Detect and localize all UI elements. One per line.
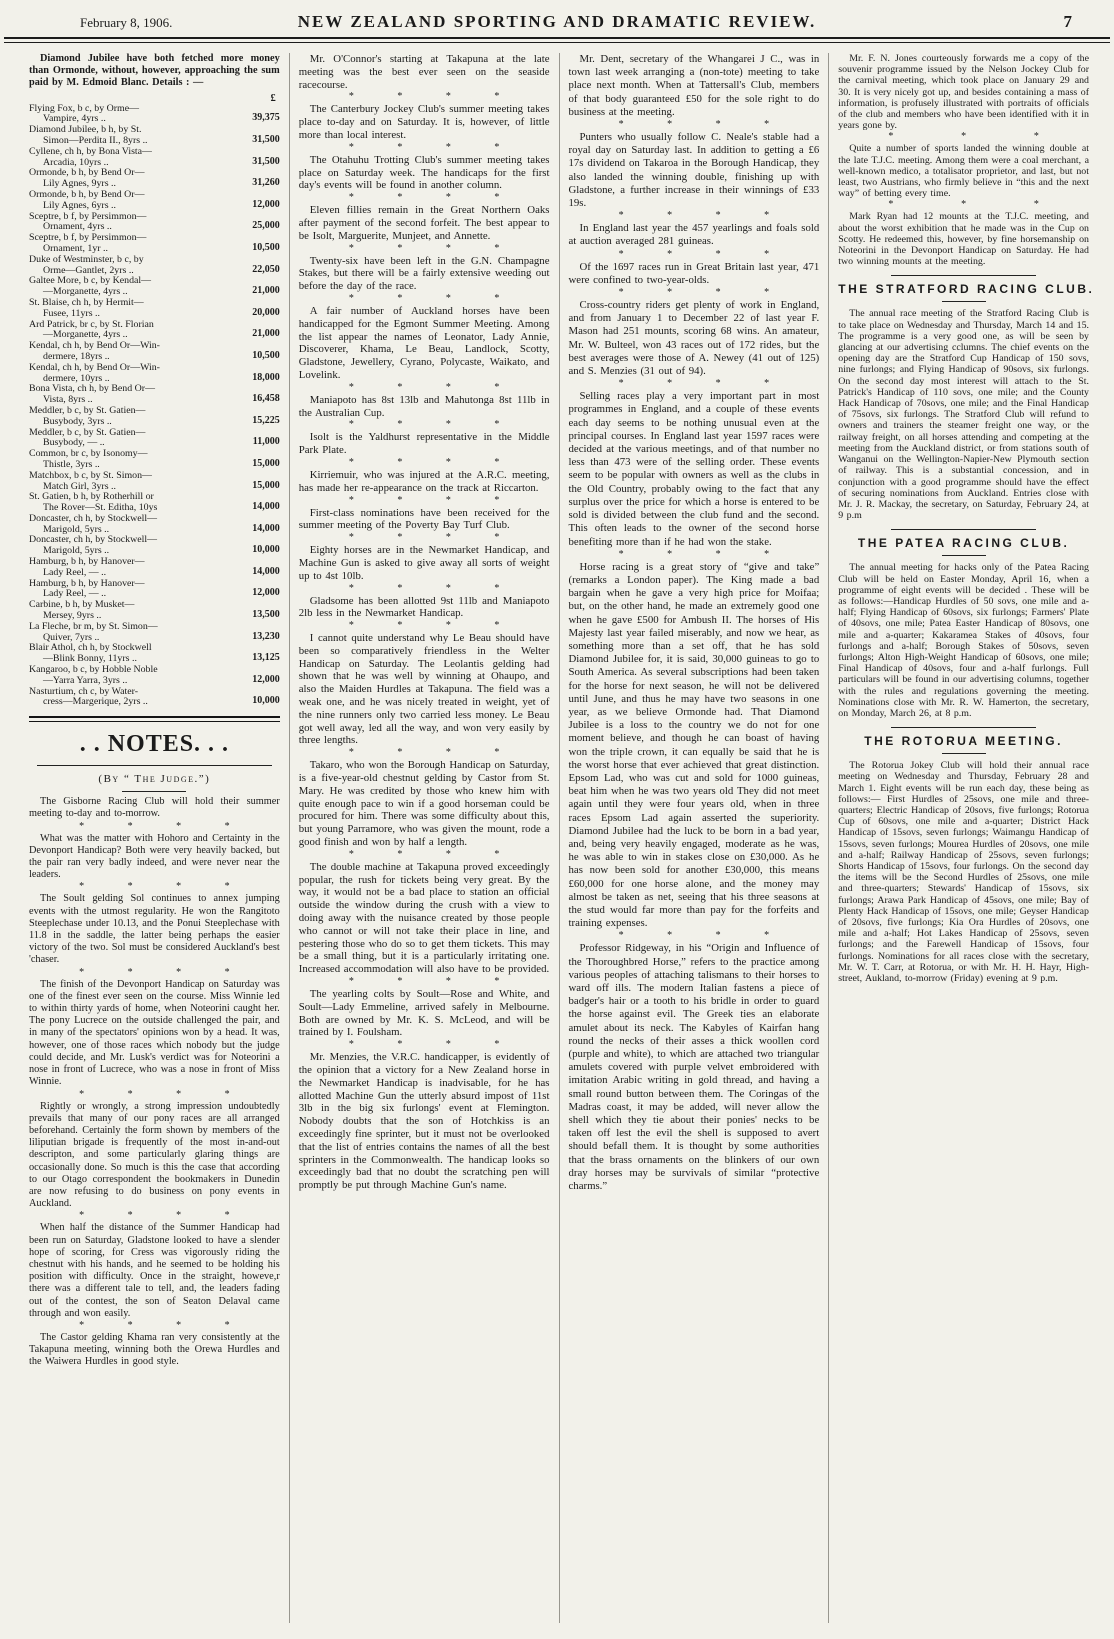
price-value: 16,458	[236, 394, 280, 406]
section-stratford-racing-club: THE STRATFORD RACING CLUB. The annual ra…	[838, 275, 1089, 521]
table-row: Doncaster, ch h, by Stockwell— Marigold,…	[29, 514, 280, 536]
horse-name: Kendal, ch h, by Bend Or—Win- dermere, 1…	[29, 363, 236, 385]
star-glyph: *	[494, 383, 499, 393]
star-glyph: *	[349, 1040, 354, 1050]
paragraph-block: Cross-country riders get plenty of work …	[569, 299, 820, 389]
horse-name: Nasturtium, ch c, by Water- cress—Marger…	[29, 687, 236, 709]
horse-name: Cyllene, ch h, by Bona Vista— Arcadia, 1…	[29, 147, 236, 169]
star-glyph: *	[494, 584, 499, 594]
star-divider: * * * *	[619, 211, 769, 221]
masthead: February 8, 1906. NEW ZEALAND SPORTING A…	[0, 0, 1114, 34]
notes-paragraph: The Gisborne Racing Club will hold their…	[29, 796, 280, 820]
star-glyph: *	[494, 621, 499, 631]
star-divider: * * * *	[349, 496, 499, 506]
news-paragraph: Mr. Dent, secretary of the Whangarei J C…	[569, 53, 820, 119]
table-row: Duke of Westminster, b c, by Orme—Gantle…	[29, 255, 280, 277]
news-paragraph: Mark Ryan had 12 mounts at the T.J.C. me…	[838, 211, 1089, 267]
star-glyph: *	[397, 143, 402, 153]
horse-name: Sceptre, b f, by Persimmon— Ornament, 4y…	[29, 212, 236, 234]
star-glyph: *	[716, 550, 721, 560]
paragraph-block: Mark Ryan had 12 mounts at the T.J.C. me…	[838, 211, 1089, 267]
star-glyph: *	[619, 550, 624, 560]
price-row-list: Flying Fox, b c, by Orme— Vampire, 4yrs …	[29, 104, 280, 709]
horse-name: Ard Patrick, br c, by St. Florian —Morga…	[29, 320, 236, 342]
star-divider: * * * *	[619, 550, 769, 560]
star-divider: * * * *	[619, 931, 769, 941]
news-paragraph: Eighty horses are in the Newmarket Handi…	[299, 544, 550, 582]
star-divider: * * * *	[619, 288, 769, 298]
star-glyph: *	[397, 193, 402, 203]
paragraph-block: Quite a number of sports landed the winn…	[838, 143, 1089, 210]
news-paragraph: Mr. Menzies, the V.R.C. handicapper, is …	[299, 1051, 550, 1192]
star-glyph: *	[397, 496, 402, 506]
star-glyph: *	[619, 288, 624, 298]
price-value: 25,000	[236, 221, 280, 233]
star-divider: * * * *	[349, 92, 499, 102]
star-glyph: *	[79, 882, 84, 892]
section-top-rule	[891, 529, 1036, 530]
star-glyph: *	[397, 1040, 402, 1050]
star-glyph: *	[494, 420, 499, 430]
star-glyph: *	[494, 1040, 499, 1050]
table-row: St. Gatien, b h, by Rotherhill or The Ro…	[29, 492, 280, 514]
paragraph-block: Maniapoto has 8st 13lb and Mahutonga 8st…	[299, 394, 550, 431]
news-paragraph: Quite a number of sports landed the winn…	[838, 143, 1089, 199]
notes-paragraph: When half the distance of the Summer Han…	[29, 1222, 280, 1320]
table-row: Blair Athol, ch h, by Stockwell —Blink B…	[29, 643, 280, 665]
table-row: Flying Fox, b c, by Orme— Vampire, 4yrs …	[29, 104, 280, 126]
table-row: Sceptre, b f, by Persimmon— Ornament, 1y…	[29, 233, 280, 255]
star-glyph: *	[128, 1090, 133, 1100]
paragraph-block: The Soult gelding Sol continues to annex…	[29, 893, 280, 977]
newspaper-page: February 8, 1906. NEW ZEALAND SPORTING A…	[0, 0, 1114, 1639]
star-divider: * * * *	[349, 1040, 499, 1050]
star-glyph: *	[446, 143, 451, 153]
price-value: 15,000	[236, 459, 280, 471]
paragraph-block: Eighty horses are in the Newmarket Handi…	[299, 544, 550, 593]
news-paragraph: First-class nominations have been receiv…	[299, 507, 550, 533]
star-glyph: *	[1034, 132, 1039, 142]
horse-name: Hamburg, b h, by Hanover— Lady Reel, — .…	[29, 579, 236, 601]
currency-header: £	[29, 93, 280, 104]
paragraph-block: Selling races play a very important part…	[569, 390, 820, 559]
paragraph-block: Mr. F. N. Jones courteously forwards me …	[838, 53, 1089, 142]
horse-name: Meddler, b c, by St. Gatien— Busybody, 3…	[29, 406, 236, 428]
table-row: Ard Patrick, br c, by St. Florian —Morga…	[29, 320, 280, 342]
section-body: The Rotorua Jokey Club will hold their a…	[838, 760, 1089, 984]
horse-name: Ormonde, b h, by Bend Or— Lily Agnes, 6y…	[29, 190, 236, 212]
column-1: Diamond Jubilee have both fetched more m…	[20, 51, 289, 1623]
star-glyph: *	[349, 420, 354, 430]
news-paragraph: The yearling colts by Soult—Rose and Whi…	[299, 988, 550, 1039]
star-divider: * * * *	[619, 379, 769, 389]
table-row: Kendal, ch h, by Bend Or—Win- dermere, 1…	[29, 363, 280, 385]
paragraph-block: In England last year the 457 yearlings a…	[569, 222, 820, 259]
star-glyph: *	[349, 533, 354, 543]
page-number: 7	[856, 12, 1086, 32]
star-glyph: *	[397, 977, 402, 987]
price-value: 12,000	[236, 675, 280, 687]
star-glyph: *	[667, 931, 672, 941]
star-divider: * * * *	[349, 420, 499, 430]
paragraph-block: The finish of the Devonport Handicap on …	[29, 979, 280, 1100]
table-row: Galtee More, b c, by Kendal— —Morganette…	[29, 276, 280, 298]
star-glyph: *	[225, 1211, 230, 1221]
horse-name: Meddler, b c, by St. Gatien— Busybody, —…	[29, 428, 236, 450]
star-glyph: *	[397, 420, 402, 430]
star-glyph: *	[79, 1321, 84, 1331]
section-dash-rule	[942, 555, 986, 556]
star-glyph: *	[764, 550, 769, 560]
section-rotorua-meeting: THE ROTORUA MEETING. The Rotorua Jokey C…	[838, 727, 1089, 984]
star-glyph: *	[764, 211, 769, 221]
star-glyph: *	[888, 200, 893, 210]
star-glyph: *	[494, 143, 499, 153]
star-glyph: *	[225, 1321, 230, 1331]
paragraph-block: The yearling colts by Soult—Rose and Whi…	[299, 988, 550, 1050]
star-glyph: *	[349, 92, 354, 102]
star-glyph: *	[716, 288, 721, 298]
star-glyph: *	[494, 496, 499, 506]
price-value: 14,000	[236, 502, 280, 514]
star-glyph: *	[349, 748, 354, 758]
column-4-paragraph-list: Mr. F. N. Jones courteously forwards me …	[838, 53, 1089, 267]
news-paragraph: Isolt is the Yaldhurst representative in…	[299, 431, 550, 457]
news-paragraph: Maniapoto has 8st 13lb and Mahutonga 8st…	[299, 394, 550, 420]
star-glyph: *	[128, 822, 133, 832]
price-value: 14,000	[236, 567, 280, 579]
news-paragraph: Professor Ridgeway, in his “Origin and I…	[569, 942, 820, 1193]
price-value: 12,000	[236, 588, 280, 600]
price-value: 13,125	[236, 653, 280, 665]
horse-name: Duke of Westminster, b c, by Orme—Gantle…	[29, 255, 236, 277]
table-row: Meddler, b c, by St. Gatien— Busybody, —…	[29, 428, 280, 450]
star-divider: * * * *	[349, 748, 499, 758]
star-glyph: *	[176, 822, 181, 832]
column-3-paragraph-list: Mr. Dent, secretary of the Whangarei J C…	[569, 53, 820, 1193]
price-value: 13,500	[236, 610, 280, 622]
star-glyph: *	[349, 383, 354, 393]
news-paragraph: Selling races play a very important part…	[569, 390, 820, 548]
horse-name: Carbine, b h, by Musket— Mersey, 9yrs ..	[29, 600, 236, 622]
star-glyph: *	[716, 931, 721, 941]
star-divider: * * *	[888, 200, 1038, 210]
star-glyph: *	[446, 244, 451, 254]
star-glyph: *	[446, 383, 451, 393]
notes-paragraph: The Soult gelding Sol continues to annex…	[29, 893, 280, 966]
star-glyph: *	[619, 931, 624, 941]
paragraph-block: What was the matter with Hohoro and Cert…	[29, 833, 280, 893]
star-divider: * * * *	[79, 1211, 229, 1221]
paragraph-block: Mr. Dent, secretary of the Whangarei J C…	[569, 53, 820, 130]
paragraph-block: I cannot quite understand why Le Beau sh…	[299, 632, 550, 758]
price-value: 11,000	[236, 437, 280, 449]
news-paragraph: Horse racing is a great story of “give a…	[569, 561, 820, 931]
table-row: Hamburg, b h, by Hanover— Lady Reel, — .…	[29, 579, 280, 601]
star-glyph: *	[494, 977, 499, 987]
paragraph-block: Mr. Menzies, the V.R.C. handicapper, is …	[299, 1051, 550, 1192]
star-glyph: *	[764, 379, 769, 389]
news-paragraph: In England last year the 457 yearlings a…	[569, 222, 820, 248]
star-divider: * * * *	[349, 244, 499, 254]
price-value: 31,500	[236, 135, 280, 147]
star-glyph: *	[79, 1211, 84, 1221]
paragraph-block: Horse racing is a great story of “give a…	[569, 561, 820, 942]
star-glyph: *	[225, 968, 230, 978]
price-value: 13,230	[236, 632, 280, 644]
star-glyph: *	[619, 211, 624, 221]
horse-name: Matchbox, b c, by St. Simon— Match Girl,…	[29, 471, 236, 493]
paragraph-block: First-class nominations have been receiv…	[299, 507, 550, 544]
star-glyph: *	[128, 882, 133, 892]
star-divider: * * * *	[349, 294, 499, 304]
section-top-rule	[891, 727, 1036, 728]
star-glyph: *	[446, 748, 451, 758]
star-glyph: *	[349, 244, 354, 254]
star-glyph: *	[349, 621, 354, 631]
notes-paragraph: Rightly or wrongly, a strong impression …	[29, 1101, 280, 1211]
star-glyph: *	[397, 244, 402, 254]
star-glyph: *	[446, 92, 451, 102]
table-row: Sceptre, b f, by Persimmon— Ornament, 4y…	[29, 212, 280, 234]
star-glyph: *	[494, 244, 499, 254]
star-glyph: *	[446, 193, 451, 203]
star-glyph: *	[349, 143, 354, 153]
star-glyph: *	[764, 288, 769, 298]
price-value: 31,500	[236, 157, 280, 169]
star-divider: * * * *	[349, 193, 499, 203]
star-glyph: *	[128, 1211, 133, 1221]
star-glyph: *	[1034, 200, 1039, 210]
table-row: La Fleche, br m, by St. Simon— Quiver, 7…	[29, 622, 280, 644]
section-top-rule	[891, 275, 1036, 276]
star-glyph: *	[619, 250, 624, 260]
news-paragraph: Of the 1697 races run in Great Britain l…	[569, 261, 820, 287]
price-value: 18,000	[236, 373, 280, 385]
star-glyph: *	[176, 1321, 181, 1331]
star-divider: * * * *	[349, 458, 499, 468]
news-paragraph: The Otahuhu Trotting Club's summer meeti…	[299, 154, 550, 192]
star-glyph: *	[764, 250, 769, 260]
price-value: 21,000	[236, 329, 280, 341]
star-glyph: *	[176, 968, 181, 978]
star-glyph: *	[397, 294, 402, 304]
star-glyph: *	[667, 120, 672, 130]
table-row: Hamburg, b h, by Hanover— Lady Reel, — .…	[29, 557, 280, 579]
star-glyph: *	[79, 1090, 84, 1100]
star-divider: * * * *	[349, 383, 499, 393]
star-glyph: *	[667, 211, 672, 221]
horse-name: Common, br c, by Isonomy— Thistle, 3yrs …	[29, 449, 236, 471]
star-divider: * * * *	[79, 822, 229, 832]
star-glyph: *	[619, 120, 624, 130]
star-glyph: *	[764, 931, 769, 941]
price-value: 12,000	[236, 200, 280, 212]
intro-paragraph: Diamond Jubilee have both fetched more m…	[29, 53, 280, 90]
table-row: Diamond Jubilee, b h, by St. Simon—Perdi…	[29, 125, 280, 147]
star-glyph: *	[716, 211, 721, 221]
star-glyph: *	[446, 496, 451, 506]
section-body: The annual race meeting of the Stratford…	[838, 308, 1089, 521]
star-glyph: *	[446, 533, 451, 543]
star-glyph: *	[446, 458, 451, 468]
horse-name: Doncaster, ch h, by Stockwell— Marigold,…	[29, 535, 236, 557]
star-glyph: *	[446, 850, 451, 860]
star-glyph: *	[446, 420, 451, 430]
paragraph-block: Eleven fillies remain in the Great North…	[299, 204, 550, 253]
star-glyph: *	[176, 882, 181, 892]
issue-date: February 8, 1906.	[28, 15, 258, 31]
paragraph-block: The double machine at Takapuna proved ex…	[299, 861, 550, 987]
price-value: 10,000	[236, 545, 280, 557]
horse-name: Kendal, ch h, by Bend Or—Win- dermere, 1…	[29, 341, 236, 363]
table-row: Bona Vista, ch h, by Bend Or— Vista, 8yr…	[29, 384, 280, 406]
table-row: Cyllene, ch h, by Bona Vista— Arcadia, 1…	[29, 147, 280, 169]
news-paragraph: The Canterbury Jockey Club's summer meet…	[299, 103, 550, 141]
star-divider: * * * *	[619, 250, 769, 260]
table-row: Ormonde, b h, by Bend Or— Lily Agnes, 6y…	[29, 190, 280, 212]
paragraph-block: Gladsome has been allotted 9st 11lb and …	[299, 595, 550, 632]
paragraph-block: Of the 1697 races run in Great Britain l…	[569, 261, 820, 298]
horse-name: Doncaster, ch h, by Stockwell— Marigold,…	[29, 514, 236, 536]
price-value: 31,260	[236, 178, 280, 190]
star-glyph: *	[446, 294, 451, 304]
star-glyph: *	[961, 132, 966, 142]
star-divider: * * * *	[349, 977, 499, 987]
news-paragraph: Eleven fillies remain in the Great North…	[299, 204, 550, 242]
star-glyph: *	[494, 92, 499, 102]
star-glyph: *	[888, 132, 893, 142]
star-glyph: *	[619, 379, 624, 389]
star-glyph: *	[397, 92, 402, 102]
price-value: 10,500	[236, 351, 280, 363]
star-divider: * * * *	[79, 968, 229, 978]
news-paragraph: Mr. O'Connor's starting at Takapuna at t…	[299, 53, 550, 91]
paragraph-block: Twenty-six have been left in the G.N. Ch…	[299, 255, 550, 304]
price-value: 15,000	[236, 481, 280, 493]
star-glyph: *	[225, 882, 230, 892]
notes-paragraph: What was the matter with Hohoro and Cert…	[29, 833, 280, 882]
horse-name: Blair Athol, ch h, by Stockwell —Blink B…	[29, 643, 236, 665]
column-3: Mr. Dent, secretary of the Whangarei J C…	[560, 51, 829, 1623]
horse-name: Ormonde, b h, by Bend Or— Lily Agnes, 9y…	[29, 168, 236, 190]
table-row: Common, br c, by Isonomy— Thistle, 3yrs …	[29, 449, 280, 471]
price-value: 15,225	[236, 416, 280, 428]
column-layout: Diamond Jubilee have both fetched more m…	[0, 43, 1114, 1623]
star-divider: * * * *	[349, 533, 499, 543]
paragraph-block: Kirriemuir, who was injured at the A.R.C…	[299, 469, 550, 506]
column-2-paragraph-list: Mr. O'Connor's starting at Takapuna at t…	[299, 53, 550, 1192]
paragraph-block: The Gisborne Racing Club will hold their…	[29, 796, 280, 831]
star-glyph: *	[176, 1090, 181, 1100]
table-row: Meddler, b c, by St. Gatien— Busybody, 3…	[29, 406, 280, 428]
paragraph-block: Takaro, who won the Borough Handicap on …	[299, 759, 550, 860]
star-divider: * * * *	[349, 621, 499, 631]
price-value: 21,000	[236, 286, 280, 298]
star-glyph: *	[446, 621, 451, 631]
notes-mid-rule	[37, 765, 272, 766]
star-glyph: *	[349, 496, 354, 506]
star-glyph: *	[446, 977, 451, 987]
star-divider: * * * *	[349, 143, 499, 153]
star-glyph: *	[716, 379, 721, 389]
horse-name: Bona Vista, ch h, by Bend Or— Vista, 8yr…	[29, 384, 236, 406]
star-divider: * * * *	[79, 1321, 229, 1331]
price-value: 10,000	[236, 696, 280, 708]
paragraph-block: The Otahuhu Trotting Club's summer meeti…	[299, 154, 550, 203]
price-value: 39,375	[236, 113, 280, 125]
price-value: 14,000	[236, 524, 280, 536]
star-glyph: *	[349, 584, 354, 594]
star-glyph: *	[397, 383, 402, 393]
star-glyph: *	[397, 621, 402, 631]
section-dash-rule	[942, 753, 986, 754]
star-glyph: *	[349, 977, 354, 987]
paragraph-block: Isolt is the Yaldhurst representative in…	[299, 431, 550, 468]
price-value: 20,000	[236, 308, 280, 320]
news-paragraph: The double machine at Takapuna proved ex…	[299, 861, 550, 976]
news-paragraph: Mr. F. N. Jones courteously forwards me …	[838, 53, 1089, 131]
notes-dash-rule	[122, 791, 186, 792]
notes-paragraph-list: The Gisborne Racing Club will hold their…	[29, 796, 280, 1368]
star-glyph: *	[397, 533, 402, 543]
star-glyph: *	[176, 1211, 181, 1221]
column-2: Mr. O'Connor's starting at Takapuna at t…	[290, 51, 559, 1623]
section-heading: THE ROTORUA MEETING.	[838, 734, 1089, 748]
table-row: Carbine, b h, by Musket— Mersey, 9yrs ..…	[29, 600, 280, 622]
horse-name: Flying Fox, b c, by Orme— Vampire, 4yrs …	[29, 104, 236, 126]
horse-name: Galtee More, b c, by Kendal— —Morganette…	[29, 276, 236, 298]
horse-name: Diamond Jubilee, b h, by St. Simon—Perdi…	[29, 125, 236, 147]
star-glyph: *	[397, 748, 402, 758]
star-glyph: *	[667, 288, 672, 298]
star-glyph: *	[494, 458, 499, 468]
star-divider: * * * *	[79, 1090, 229, 1100]
horse-name: Sceptre, b f, by Persimmon— Ornament, 1y…	[29, 233, 236, 255]
star-glyph: *	[128, 968, 133, 978]
notes-top-rule	[29, 716, 280, 722]
paragraph-block: A fair number of Auckland horses have be…	[299, 305, 550, 393]
star-glyph: *	[716, 250, 721, 260]
star-divider: * * * *	[349, 584, 499, 594]
table-row: Kendal, ch h, by Bend Or—Win- dermere, 1…	[29, 341, 280, 363]
news-paragraph: Cross-country riders get plenty of work …	[569, 299, 820, 378]
star-glyph: *	[349, 850, 354, 860]
star-glyph: *	[225, 1090, 230, 1100]
news-paragraph: Twenty-six have been left in the G.N. Ch…	[299, 255, 550, 293]
star-glyph: *	[764, 120, 769, 130]
notes-paragraph: The Castor gelding Khama ran very consis…	[29, 1332, 280, 1369]
star-glyph: *	[79, 822, 84, 832]
star-glyph: *	[397, 458, 402, 468]
star-glyph: *	[494, 533, 499, 543]
star-glyph: *	[79, 968, 84, 978]
column-4: Mr. F. N. Jones courteously forwards me …	[829, 51, 1098, 1623]
star-glyph: *	[494, 748, 499, 758]
price-value: 22,050	[236, 265, 280, 277]
star-divider: * * *	[888, 132, 1038, 142]
table-row: Kangaroo, b c, by Hobble Noble —Yarra Ya…	[29, 665, 280, 687]
news-paragraph: A fair number of Auckland horses have be…	[299, 305, 550, 382]
star-glyph: *	[225, 822, 230, 832]
notes-byline: (By “ The Judge.”)	[29, 773, 280, 785]
notes-header: . . NOTES. . . (By “ The Judge.”)	[29, 716, 280, 792]
horse-name: St. Blaise, ch h, by Hermit— Fusee, 11yr…	[29, 298, 236, 320]
horse-name: Hamburg, b h, by Hanover— Lady Reel, — .…	[29, 557, 236, 579]
star-glyph: *	[446, 1040, 451, 1050]
star-glyph: *	[397, 850, 402, 860]
paragraph-block: Rightly or wrongly, a strong impression …	[29, 1101, 280, 1222]
